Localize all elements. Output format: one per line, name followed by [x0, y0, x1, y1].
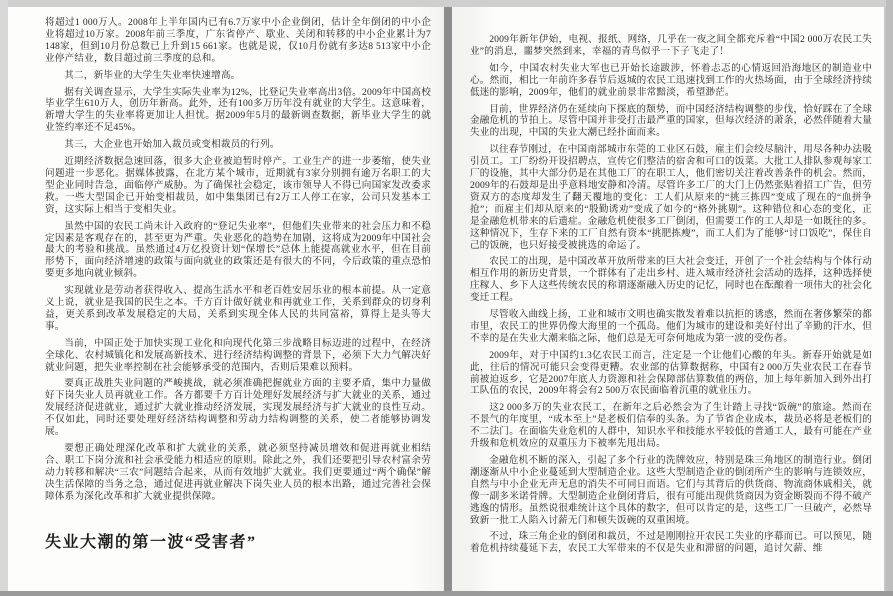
paragraph: 其二，新毕业的大学生失业率快速增高。 [45, 70, 431, 82]
paragraph: 其三，大企业也开始加入裁员或变相裁员的行列。 [45, 139, 431, 151]
paragraph: 虽然中国的农民工尚未计入政府的“登记失业率”，但他们失业带来的社会压力和不稳定因… [45, 221, 431, 281]
paragraph: 以往春节刚过，在中国南部城市东莞的工业区石鼓，雇主们会绞尽脑汁，用尽各种办法吸引… [470, 144, 872, 251]
paragraph: 农民工的出现，是中国改革开放所带来的巨大社会变迁，开创了一个社会结构与个体行动相… [470, 256, 872, 304]
page-right: 2009年新年伊始，电视、报纸、网络，几乎在一夜之间全都充斥着“中国2 000万… [452, 0, 884, 596]
paragraph: 目前，世界经济仍在延续向下探底的颓势，而中国经济结构调整的步伐，恰好踩在了全球金… [470, 104, 872, 140]
paragraph: 实现就业是劳动者获得收入、提高生活水平和老百姓安居乐业的根本前提。从一定意义上说… [45, 285, 431, 333]
paragraph: 如今，中国农村失业大军也已开始长途跋涉，怀着忐忑的心情返回沿海地区的制造业中心。… [470, 63, 872, 99]
paragraph: 2009年新年伊始，电视、报纸、网络，几乎在一夜之间全都充斥着“中国2 000万… [470, 34, 872, 58]
paragraph: 不过，珠三角企业的倒闭和裁员，不过是刚刚拉开农民工失业的序幕而已。可以预见，随着… [470, 531, 872, 555]
scan-edge-right [886, 0, 893, 596]
book-scan-spread: 将超过1 000万人。2008年上半年国内已有6.7万家中小企业倒闭，估计全年倒… [0, 0, 893, 596]
paragraph: 要真正战胜失业问题的严峻挑战，就必须准确把握就业方面的主要矛盾，集中力量做好下岗… [45, 378, 431, 438]
paragraph: 这2 000多万的失业农民工，在新年之后必然会为了生计踏上寻找“饭碗”的旅途。然… [470, 402, 872, 450]
paragraph: 近期经济数据急速回落，很多大企业被迫暂时停产。工业生产的进一步萎缩，使失业问题进… [45, 156, 431, 216]
paragraph: 据有关调查显示，大学生实际失业率为12%，比登记失业率高出3倍。2009年中国高… [45, 87, 431, 135]
page-gutter-divider [444, 0, 452, 596]
paragraph: 金融危机不断的深入，引起了多个行业的洗牌效应，特别是珠三角地区的制造行业。倒闭潮… [470, 455, 872, 526]
page-left: 将超过1 000万人。2008年上半年国内已有6.7万家中小企业倒闭，估计全年倒… [8, 0, 445, 596]
scan-edge-left [0, 0, 8, 596]
scan-edge-bottom [0, 591, 893, 596]
paragraph: 要想正确处理深化改革和扩大就业的关系，就必须坚持减员增效和促进再就业相结合、职工… [45, 443, 431, 503]
section-heading: 失业大潮的第一波“受害者” [45, 529, 431, 552]
paragraph: 当前，中国正处于加快实现工业化和向现代化第三步战略目标迈进的过程中，在经济全球化… [45, 338, 431, 374]
paragraph: 将超过1 000万人。2008年上半年国内已有6.7万家中小企业倒闭，估计全年倒… [45, 17, 431, 65]
paragraph: 2009年，对于中国约1.3亿农民工而言，注定是一个让他们心酸的年头。新春开始就… [470, 350, 872, 398]
paragraph: 尽管收入曲线上扬，工业和城市文明也确实散发着难以抗拒的诱惑，然而在奢侈繁荣的都市… [470, 309, 872, 345]
scan-edge-top [0, 0, 893, 7]
